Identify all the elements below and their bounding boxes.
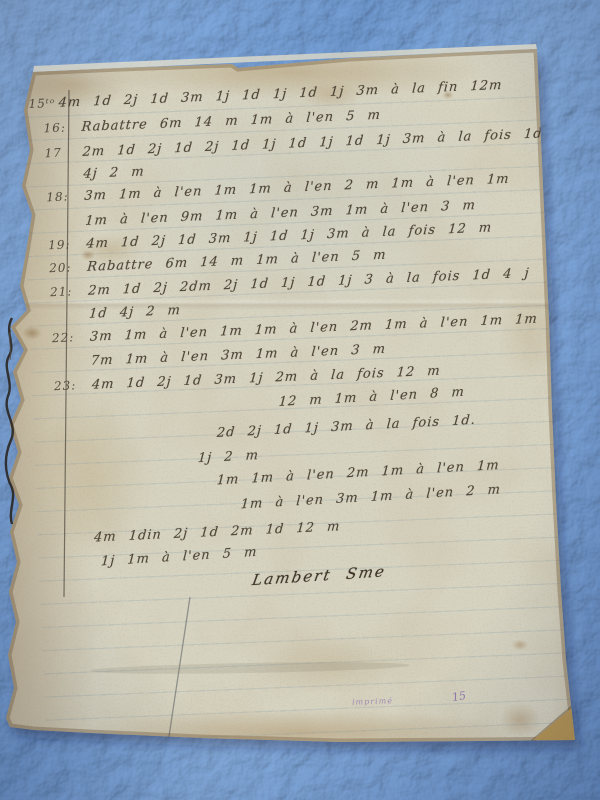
- photo-of-manuscript: 15ᵗᵒ4m 1d 2j 1d 3m 1j 1d 1j 1d 1j 3m à l…: [0, 0, 600, 800]
- binding-thread-layer: [0, 0, 600, 800]
- binding-thread: [6, 318, 13, 524]
